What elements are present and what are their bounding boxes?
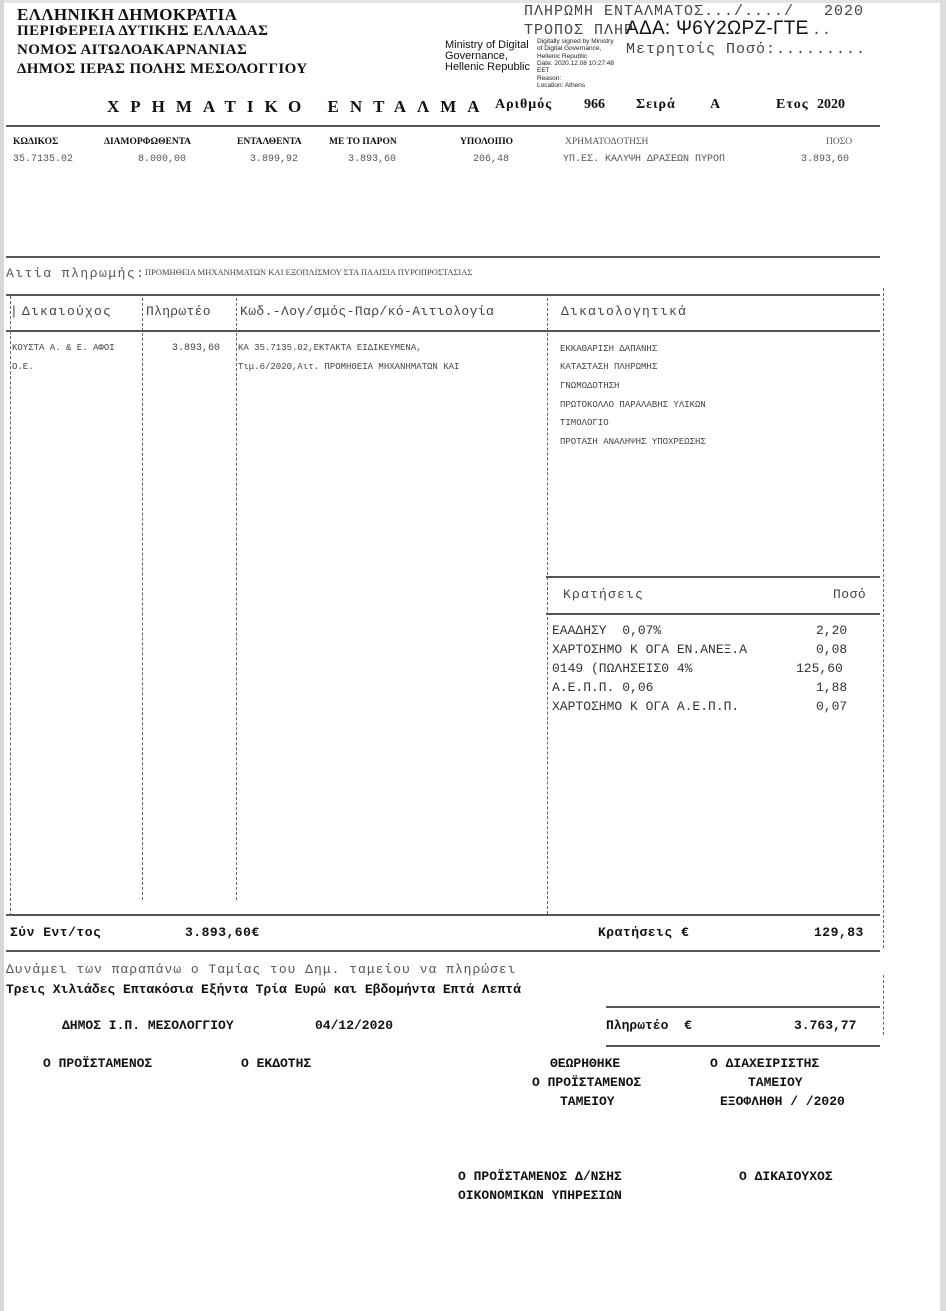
budget-divider	[6, 256, 880, 258]
reviewed-line: ΤΑΜΕΙΟΥ	[560, 1094, 615, 1109]
sum-label: Σύν Εντ/τος	[10, 925, 101, 940]
finance-head-line: ΟΙΚΟΝΟΜΙΚΩΝ ΥΠΗΡΕΣΙΩΝ	[458, 1188, 622, 1203]
payable-total-value: 3.763,77	[794, 1018, 856, 1033]
document-item: ΤΙΜΟΛΟΓΙΟ	[560, 418, 609, 428]
header-municipality: ΔΗΜΟΣ ΙΕΡΑΣ ΠΟΛΗΣ ΜΕΣΟΛΟΓΓΙΟΥ	[17, 61, 308, 78]
document-item: ΠΡΩΤΟΚΟΛΛΟ ΠΑΡΑΛΑΒΗΣ ΥΛΙΚΩΝ	[560, 400, 706, 410]
col-amount: ΠΟΣΟ	[826, 137, 852, 147]
budget-current: 3.893,60	[348, 154, 396, 165]
cash-amount-line: Μετρητοίς Ποσό:.........	[626, 41, 866, 58]
payable-amount: 3.893,60	[172, 343, 220, 354]
signature-detail: EET	[537, 67, 550, 74]
document-item: ΓΝΩΜΟΔΟΤΗΣΗ	[560, 381, 619, 391]
budget-amount: 3.893,60	[801, 154, 849, 165]
signature-head: Ο ΠΡΟΪΣΤΑΜΕΝΟΣ	[43, 1056, 152, 1071]
table-border-left	[10, 296, 11, 916]
th-code: Κωδ.-Λογ/σμός-Παρ/κό-Αιτιολογία	[240, 304, 494, 319]
payable-top-line	[606, 1006, 880, 1008]
col-funding: ΧΡΗΜΑΤΟΔΟΤΗΣΗ	[565, 137, 648, 147]
totals-bottom-line	[6, 950, 880, 952]
municipality-short: ΔΗΜΟΣ Ι.Π. ΜΕΣΟΛΟΓΓΙΟΥ	[62, 1018, 234, 1033]
treasurer-line: ΤΑΜΕΙΟΥ	[748, 1075, 803, 1090]
table-header-line	[6, 330, 880, 332]
retentions-amount-header: Ποσό	[833, 587, 866, 602]
payable-bottom-line	[606, 1045, 880, 1047]
retention-amount: 2,20	[816, 623, 847, 638]
retention-label: ΕΑΑΔΗΣΥ 0,07%	[552, 623, 661, 638]
header-country: ΕΛΛΗΝΙΚΗ ΔΗΜΟΚΡΑΤΙΑ	[17, 6, 237, 23]
signature-detail: Location: Athens	[537, 82, 585, 89]
col-divider-beneficiary	[142, 298, 143, 900]
budget-ordered: 3.899,92	[250, 154, 298, 165]
treasurer-line: Ο ΔΙΑΧΕΙΡΙΣΤΗΣ	[710, 1056, 819, 1071]
retentions-header-line	[546, 613, 880, 615]
code-line: ΚΑ 35.7135.02,ΕΚΤΑΚΤΑ ΕΙΔΙΚΕΥΜΕΝΑ,	[238, 343, 422, 353]
finance-head-line: Ο ΠΡΟΪΣΤΑΜΕΝΟΣ Δ/ΝΣΗΣ	[458, 1169, 622, 1184]
retentions-total-value: 129,83	[814, 925, 864, 940]
series-label: Σειρά	[636, 97, 676, 113]
table-border-right	[883, 288, 884, 948]
th-beneficiary: Δικαιούχος	[22, 304, 112, 319]
header-prefecture: ΝΟΜΟΣ ΑΙΤΩΛΟΑΚΑΡΝΑΝΙΑΣ	[17, 42, 247, 59]
retention-amount: 1,88	[816, 680, 847, 695]
title-divider	[6, 125, 880, 127]
retention-amount: 0,08	[816, 642, 847, 657]
page-edge-left	[0, 0, 4, 1311]
year-value: 2020	[817, 97, 845, 113]
reason-text: ΠΡΟΜΗΘΕΙΑ ΜΗΧΑΝΗΜΑΤΩΝ ΚΑΙ ΕΞΟΠΛΙΣΜΟΥ ΣΤΑ…	[145, 267, 472, 277]
signature-beneficiary: Ο ΔΙΚΑΙΟΥΧΟΣ	[739, 1169, 833, 1184]
payable-total-label: Πληρωτέο €	[606, 1018, 692, 1033]
document-item: ΚΑΤΑΣΤΑΣΗ ΠΛΗΡΩΜΗΣ	[560, 362, 657, 372]
retention-amount: 0,07	[816, 699, 847, 714]
col-divider-payable	[236, 298, 237, 900]
table-top-line	[6, 294, 880, 296]
payment-method-line: ΤΡΟΠΟΣ ΠΛΗΡ	[524, 22, 634, 39]
instruction-text: Δυνάμει των παραπάνω ο Ταμίας του Δημ. τ…	[6, 962, 516, 977]
beneficiary-name: ΚΟΥΣΤΑ Α. & Ε. ΑΦΟΙ	[12, 343, 115, 353]
retentions-header: Κρατήσεις	[563, 587, 644, 602]
order-number: 966	[584, 97, 605, 113]
issue-date: 04/12/2020	[315, 1018, 393, 1033]
year-label: Ετος	[776, 97, 809, 113]
signature-detail: of Digital Governance,	[537, 45, 601, 52]
col-ordered: ΕΝΤΑΛΘΕΝΤΑ	[237, 137, 302, 147]
col-divider-code	[547, 298, 548, 914]
reason-label: Αιτία πληρωμής:	[6, 266, 146, 281]
header-region: ΠΕΡΙΦΕΡΕΙΑ ΔΥΤΙΚΗΣ ΕΛΛΑΔΑΣ	[17, 23, 268, 40]
retention-label: Α.Ε.Π.Π. 0,06	[552, 680, 653, 695]
treasurer-line: ΕΞΟΦΛΗΘΗ / /2020	[720, 1094, 845, 1109]
series-value: Α	[710, 97, 720, 113]
retention-label: ΧΑΡΤΟΣΗΜΟ Κ ΟΓΑ Α.Ε.Π.Π.	[552, 699, 739, 714]
budget-code: 35.7135.02	[13, 154, 73, 165]
retentions-total-label: Κρατήσεις €	[598, 925, 689, 940]
retention-amount: 125,60	[796, 661, 843, 676]
payable-border-right	[883, 975, 884, 1035]
sum-value: 3.893,60€	[185, 925, 260, 940]
amount-in-words: Τρεις Χιλιάδες Επτακόσια Εξήντα Τρία Ευρ…	[6, 982, 521, 997]
th-beneficiary-sep: |	[10, 304, 19, 319]
reviewed-line: ΘΕΩΡΗΘΗΚΕ	[550, 1056, 620, 1071]
col-current: ΜΕ ΤΟ ΠΑΡΟΝ	[329, 137, 397, 147]
col-formed: ΔΙΑΜΟΡΦΩΘΕΝΤΑ	[104, 137, 191, 147]
budget-formed: 8.000,00	[138, 154, 186, 165]
retention-label: ΧΑΡΤΟΣΗΜΟ Κ ΟΓΑ ΕΝ.ΑΝΕΞ.Α	[552, 642, 747, 657]
th-documents: Δικαιολογητικά	[561, 304, 687, 319]
document-title: ΧΡΗΜΑΤΙΚΟ ΕΝΤΑΛΜΑ	[107, 97, 491, 117]
signature-org-line: Hellenic Republic	[445, 62, 530, 73]
number-label: Αριθμός	[495, 97, 552, 113]
col-code: ΚΩΔΙΚΟΣ	[13, 137, 58, 147]
beneficiary-name: Ο.Ε.	[12, 362, 34, 372]
document-item: ΠΡΟΤΑΣΗ ΑΝΑΛΗΨΗΣ ΥΠΟΧΡΕΩΣΗΣ	[560, 437, 706, 447]
reviewed-line: Ο ΠΡΟΪΣΤΑΜΕΝΟΣ	[532, 1075, 641, 1090]
retention-label: 0149 (ΠΩΛΗΣΕΙΣ0 4%	[552, 661, 692, 676]
code-line: Τιμ.6/2020,Αιτ. ΠΡΟΜΗΘΕΙΑ ΜΗΧΑΝΗΜΑΤΩΝ ΚΑ…	[238, 362, 459, 372]
retentions-top-line	[546, 576, 880, 578]
th-payable: Πληρωτέο	[146, 304, 211, 319]
budget-funding: ΥΠ.ΕΣ. ΚΑΛΥΨΗ ΔΡΑΣΕΩΝ ΠΥΡΟΠ	[563, 154, 725, 165]
signature-issuer: Ο ΕΚΔΟΤΗΣ	[241, 1056, 311, 1071]
col-balance: ΥΠΟΛΟΙΠΟ	[460, 137, 513, 147]
page-edge-right	[940, 0, 946, 1311]
ada-code: ΑΔΑ: Ψ6Υ2ΩΡΖ-ΓΤΕ	[626, 18, 809, 40]
budget-balance: 206,48	[473, 154, 509, 165]
table-bottom-line	[6, 914, 880, 916]
signature-detail: Hellenic Republic	[537, 53, 587, 60]
document-item: ΕΚΚΑΘΑΡΙΣΗ ΔΑΠΑΝΗΣ	[560, 344, 657, 354]
